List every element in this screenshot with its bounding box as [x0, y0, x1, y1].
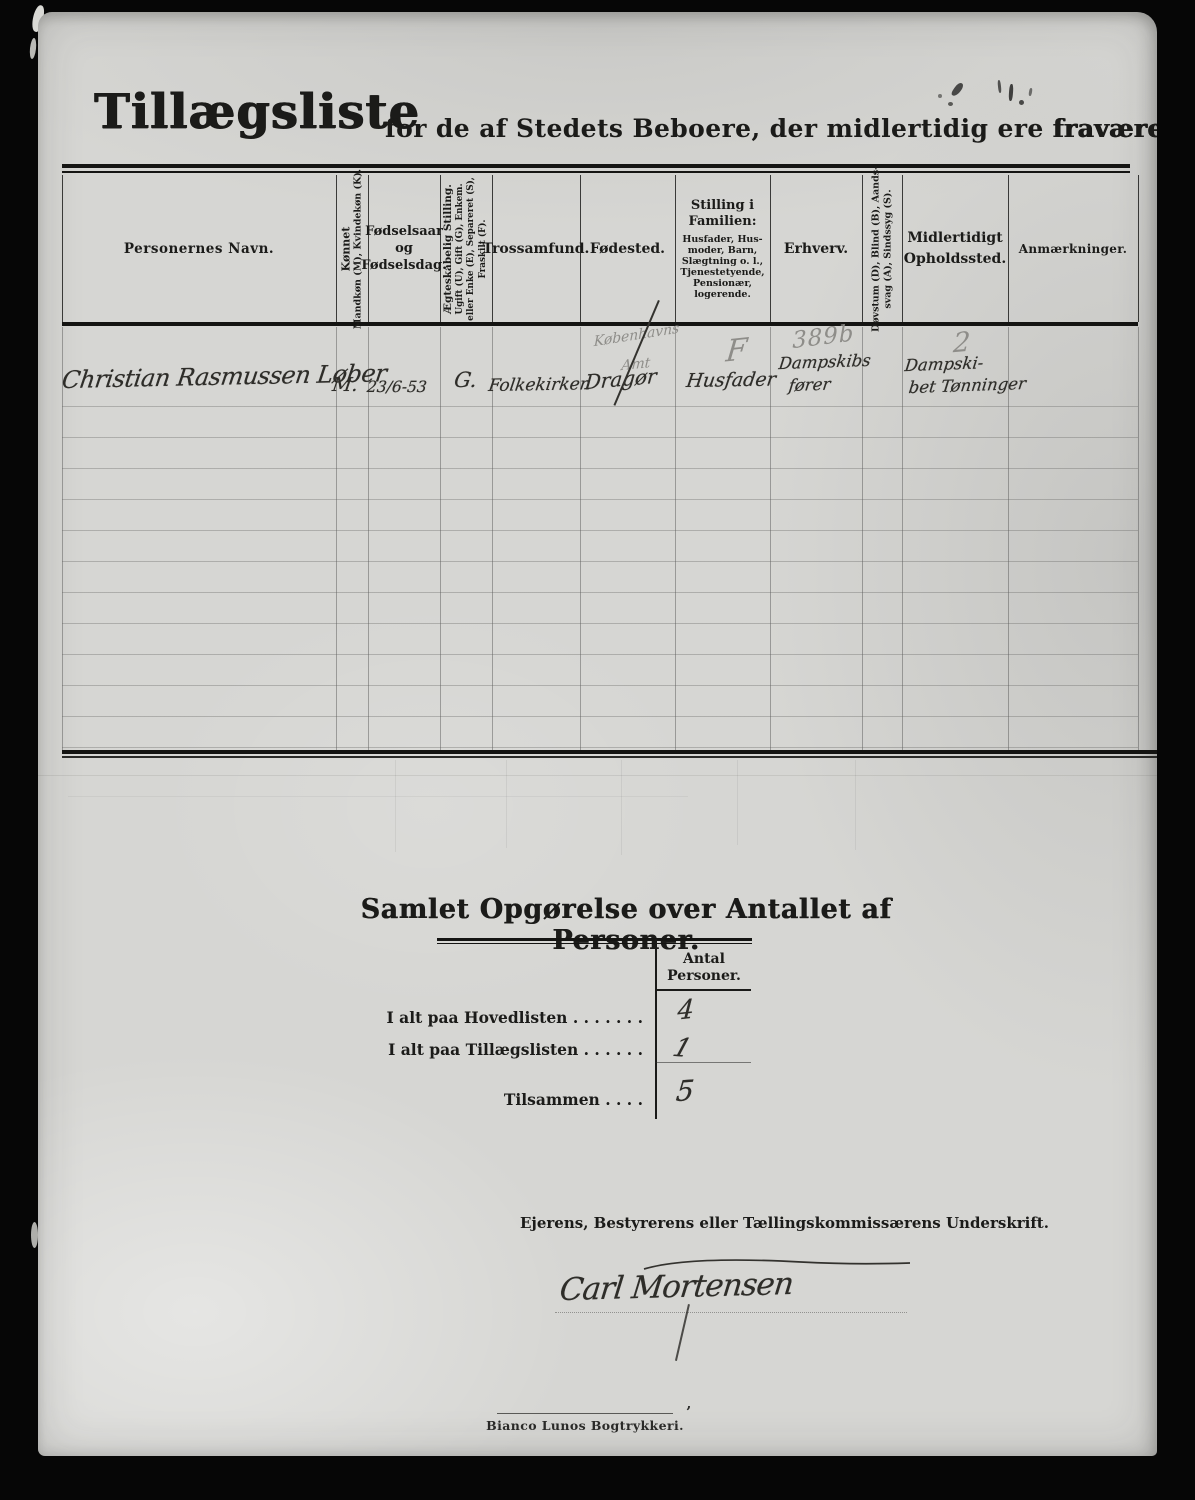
summary-column-header: Antal Personer. — [657, 951, 751, 985]
ink-smudge — [1019, 100, 1024, 105]
printer-imprint: Bianco Lunos Bogtrykkeri. — [468, 1418, 702, 1433]
column-header-sex-label: Kønnet Mandkøn (M), Kvindekøn (K). — [341, 168, 364, 328]
ink-smudge — [1028, 88, 1032, 96]
summary-rule-thin — [437, 943, 752, 944]
summary-title: Samlet Opgørelse over Antallet af Person… — [296, 894, 956, 956]
table-header-bottom-rule — [62, 322, 1138, 326]
title-rule-thin — [62, 171, 1130, 173]
bleed-line — [68, 796, 688, 797]
bleed-line — [737, 760, 738, 845]
summary-subtotal-rule — [655, 1062, 751, 1063]
column-header-name: Personernes Navn. — [62, 175, 336, 322]
paper-edge-mark — [31, 1222, 38, 1248]
column-header-birth: Fødselsaar og Fødselsdag. — [368, 175, 440, 322]
ink-smudge — [948, 102, 953, 106]
ink-smudge — [938, 94, 942, 98]
entry-family-position: Husfader — [685, 368, 777, 392]
signature-name: Carl Mortensen — [558, 1266, 795, 1308]
column-header-disability-label: Døvstum (D), Blind (B), Aands- svag (A),… — [871, 165, 894, 331]
page-subtitle-text: for de af Stedets Beboere, der midlertid… — [385, 114, 1053, 143]
column-header-birthplace: Fødested. — [580, 175, 675, 322]
column-header-occupation: Erhverv. — [770, 175, 862, 322]
entry-birthdate: 23/6-53 — [366, 378, 428, 396]
entry-marital-status: G. — [453, 368, 479, 392]
table-row-lines — [62, 406, 1138, 748]
page-subtitle: for de af Stedets Beboere, der midlertid… — [385, 114, 1157, 144]
summary-row-value: 1 — [652, 1032, 711, 1065]
column-header-whereabouts: Midlertidigt Opholdssted. — [902, 175, 1008, 322]
entry-family-position-pencil-note: F — [724, 332, 748, 370]
signature-label: Ejerens, Bestyrerens eller Tællingskommi… — [520, 1214, 920, 1232]
ink-smudge — [951, 81, 965, 97]
scanned-census-page: { "document": { "title": { "main": "Till… — [0, 0, 1195, 1500]
summary-total-value: 5 — [658, 1073, 711, 1110]
table-bottom-rule-thin — [62, 756, 1157, 758]
column-header-sex: Kønnet Mandkøn (M), Kvindekøn (K). — [336, 175, 368, 322]
column-header-remarks: Anmærkninger. — [1008, 175, 1138, 322]
entry-whereabouts: Dampski- — [904, 353, 985, 375]
ink-smudge — [997, 80, 1001, 93]
table-bottom-rule-thick — [62, 750, 1157, 754]
entry-occupation: Dampskibs — [778, 351, 872, 373]
document-sheet: Tillægsliste for de af Stedets Beboere, … — [38, 12, 1157, 1456]
bleed-line — [621, 760, 622, 855]
paper-edge-curl — [29, 38, 37, 60]
entry-sex: M. — [331, 374, 360, 396]
ink-smudge — [1008, 84, 1013, 101]
table-body-column-line — [1138, 327, 1139, 750]
summary-column-header-rule — [656, 989, 751, 991]
entry-whereabouts: bet Tønninger — [908, 374, 1028, 397]
column-header-faith: Trossamfund. — [492, 175, 580, 322]
summary-row-value: 4 — [660, 993, 712, 1029]
entry-faith: Folkekirken — [487, 374, 592, 396]
column-header-family-position: Stilling i Familien: Husfader, Hus- mode… — [675, 175, 770, 322]
summary-row-label: I alt paa Tillægslisten . . . . . . — [367, 1040, 643, 1059]
summary-total-label: Tilsammen . . . . — [367, 1090, 643, 1109]
table-column-line — [1138, 175, 1139, 322]
imprint-rule — [497, 1413, 673, 1414]
column-header-disability: Døvstum (D), Blind (B), Aands- svag (A),… — [862, 175, 902, 322]
summary-row-label: I alt paa Hovedlisten . . . . . . . — [367, 1008, 643, 1027]
summary-rule-thick — [437, 938, 752, 941]
page-subtitle-emphasis: fraværende. — [1053, 114, 1157, 143]
column-header-name-label: Personernes Navn. — [124, 241, 274, 257]
bleed-line — [506, 760, 507, 848]
bleed-line — [395, 760, 396, 852]
bleed-line — [855, 760, 856, 850]
title-rule-thick — [62, 164, 1130, 168]
entry-occupation: fører — [788, 375, 832, 396]
bleed-line — [38, 775, 1157, 776]
page-title: Tillægsliste — [94, 88, 420, 136]
